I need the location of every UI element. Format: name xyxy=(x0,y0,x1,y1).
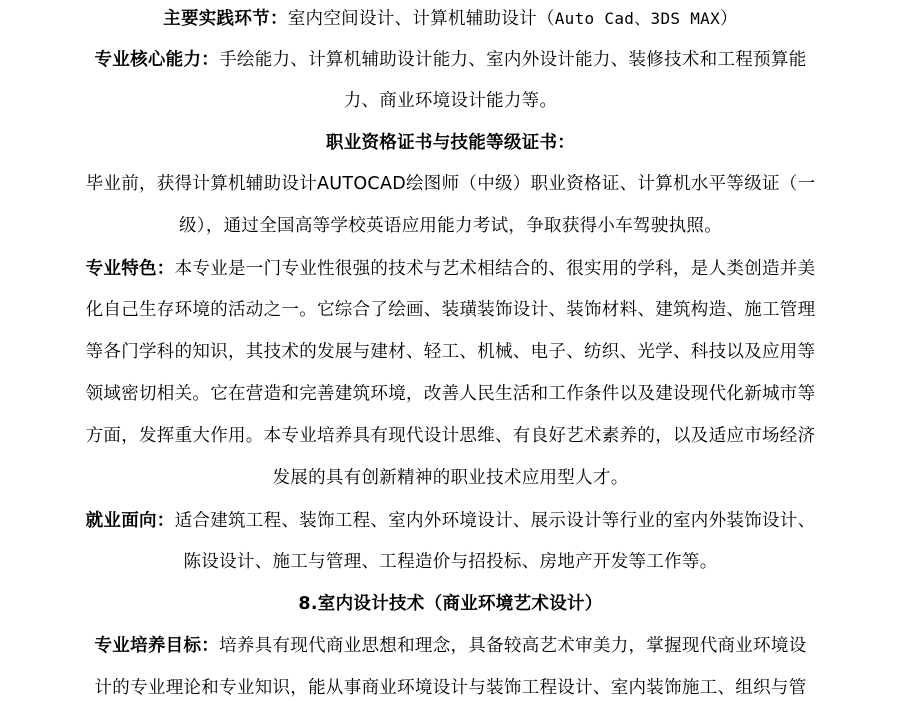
employment-line-1: 就业面向：适合建筑工程、装饰工程、室内外环境设计、展示设计等行业的室内外装饰设计… xyxy=(0,506,901,536)
core-ability-line-1: 专业核心能力：手绘能力、计算机辅助设计能力、室内外设计能力、装修技术和工程预算能 xyxy=(0,45,901,75)
core-ability-text-cont: 力、商业环境设计能力等。 xyxy=(344,91,558,111)
features-label: 专业特色： xyxy=(86,259,175,279)
core-ability-label: 专业核心能力： xyxy=(94,50,219,70)
features-line-5: 方面，发挥重大作用。本专业培养具有现代设计思维、有良好艺术素养的，以及适应市场经… xyxy=(0,421,901,451)
features-line-2: 化自己生存环境的活动之一。它综合了绘画、装璜装饰设计、装饰材料、建筑构造、施工管… xyxy=(0,295,901,325)
practice-label: 主要实践环节： xyxy=(163,9,288,29)
practice-software: Auto Cad、3DS MAX xyxy=(555,9,720,28)
employment-line-2: 陈设设计、施工与管理、工程造价与招投标、房地产开发等工作等。 xyxy=(0,547,901,577)
core-ability-text: 手绘能力、计算机辅助设计能力、室内外设计能力、装修技术和工程预算能 xyxy=(219,50,806,70)
certificates-line-2: 级），通过全国高等学校英语应用能力考试，争取获得小车驾驶执照。 xyxy=(0,211,901,241)
training-goal-line-1: 专业培养目标：培养具有现代商业思想和理念，具备较高艺术审美力，掌握现代商业环境设 xyxy=(0,631,901,661)
features-text: 本专业是一门专业性很强的技术与艺术相结合的、很实用的学科，是人类创造并美 xyxy=(175,259,816,279)
employment-label: 就业面向： xyxy=(86,511,175,531)
practice-line: 主要实践环节：室内空间设计、计算机辅助设计（Auto Cad、3DS MAX） xyxy=(0,4,901,34)
training-goal-line-2: 计的专业理论和专业知识，能从事商业环境设计与装饰工程设计、室内装饰施工、组织与管 xyxy=(0,673,901,701)
practice-text-end: ） xyxy=(720,9,738,29)
certificates-line-1: 毕业前，获得计算机辅助设计AUTOCAD绘图师（中级）职业资格证、计算机水平等级… xyxy=(0,169,901,199)
features-line-1: 专业特色：本专业是一门专业性很强的技术与艺术相结合的、很实用的学科，是人类创造并… xyxy=(0,254,901,284)
features-line-3: 等各门学科的知识，其技术的发展与建材、轻工、机械、电子、纺织、光学、科技以及应用… xyxy=(0,337,901,367)
practice-text: 室内空间设计、计算机辅助设计（ xyxy=(288,9,555,29)
training-goal-label: 专业培养目标： xyxy=(94,636,219,656)
employment-text: 适合建筑工程、装饰工程、室内外环境设计、展示设计等行业的室内外装饰设计、 xyxy=(175,511,816,531)
section-8-heading: 8.室内设计技术（商业环境艺术设计） xyxy=(0,589,901,619)
features-line-4: 领域密切相关。它在营造和完善建筑环境，改善人民生活和工作条件以及建设现代化新城市… xyxy=(0,379,901,409)
features-line-6: 发展的具有创新精神的职业技术应用型人才。 xyxy=(0,463,901,493)
core-ability-line-2: 力、商业环境设计能力等。 xyxy=(0,86,901,116)
certificates-heading: 职业资格证书与技能等级证书： xyxy=(0,128,901,158)
training-goal-text: 培养具有现代商业思想和理念，具备较高艺术审美力，掌握现代商业环境设 xyxy=(219,636,806,656)
